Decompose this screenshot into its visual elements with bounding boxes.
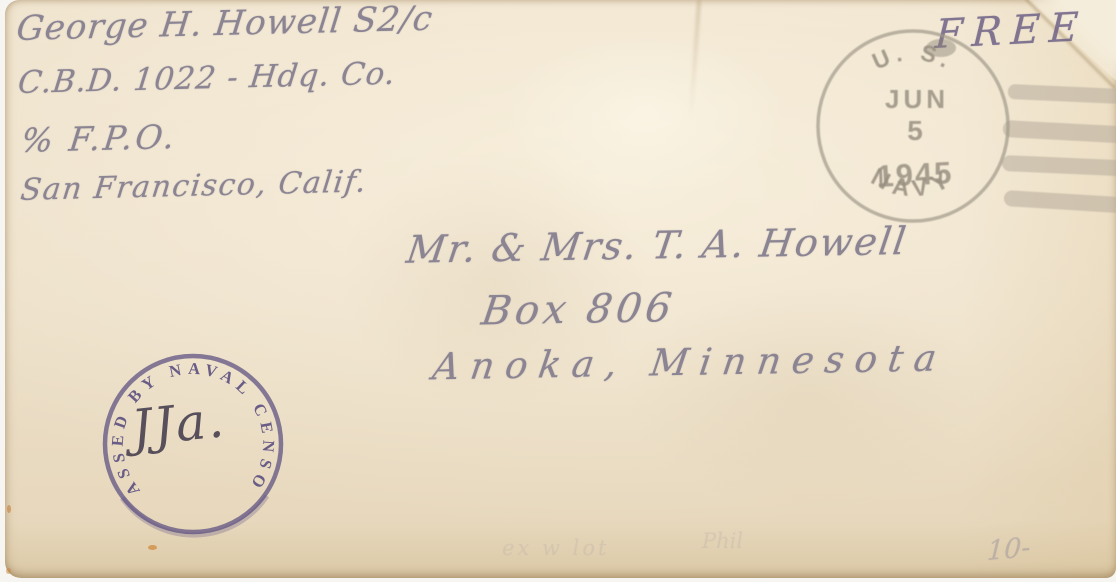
censor-signature: JJa. — [120, 390, 228, 458]
return-address-fpo: % F.P.O. — [19, 117, 179, 160]
return-address-city: San Francisco, Calif. — [19, 164, 369, 208]
pencil-price-mark: 10- — [986, 532, 1031, 567]
return-address-name: George H. Howell S2/c — [14, 0, 435, 49]
navy-postmark-stamp: U. S. JUN 5 1945 NAVY — [775, 8, 1116, 238]
scan-background: George H. Howell S2/c C.B.D. 1022 - Hdq.… — [0, 0, 1116, 582]
postmark-day: 5 — [907, 115, 923, 146]
recipient-city-state: Anoka, Minnesota — [430, 336, 950, 388]
postmark-month: JUN — [885, 84, 949, 114]
recipient-address: Mr. & Mrs. T. A. Howell Box 806 Anoka, M… — [398, 210, 961, 410]
paper-stain — [7, 505, 11, 513]
return-address: George H. Howell S2/c C.B.D. 1022 - Hdq.… — [2, 0, 438, 237]
faint-pencil-note: ex w lot — [502, 536, 609, 560]
recipient-box: Box 806 — [479, 285, 679, 334]
censor-stamp: PASSED BY NAVAL CENSOR JJa. — [77, 338, 317, 566]
return-address-unit: C.B.D. 1022 - Hdq. Co. — [16, 56, 398, 101]
recipient-name: Mr. & Mrs. T. A. Howell — [404, 219, 911, 272]
faint-pencil-note: Phil — [702, 529, 743, 553]
paper-stain — [6, 568, 11, 574]
paper-crease — [689, 0, 701, 118]
envelope: George H. Howell S2/c C.B.D. 1022 - Hdq.… — [5, 0, 1116, 578]
cancellation-bars — [1002, 84, 1116, 213]
paper-highlight — [505, 30, 785, 200]
